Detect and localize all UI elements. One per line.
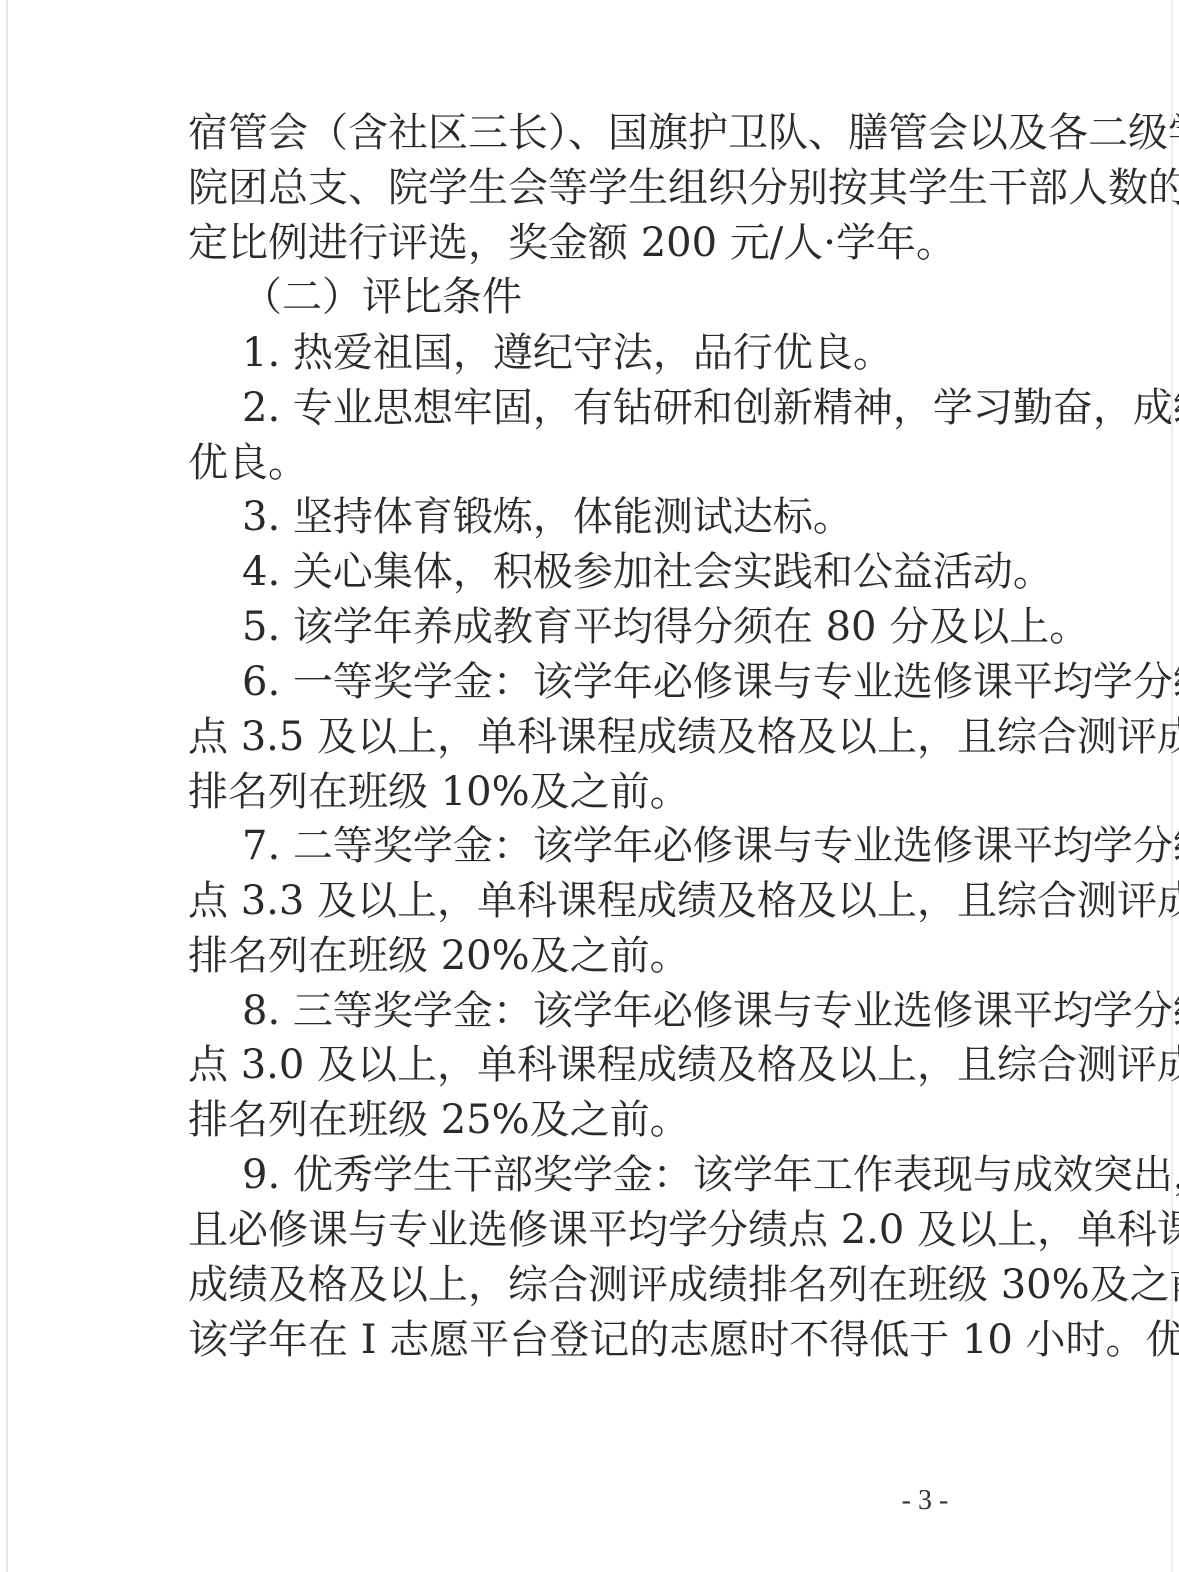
criterion-9-line-2: 且必修课与专业选修课平均学分绩点 2.0 及以上，单科课程	[188, 1207, 1000, 1253]
criterion-9-line-3: 成绩及格及以上，综合测评成绩排名列在班级 30%及之前，	[188, 1262, 1000, 1308]
page-number: - 3 -	[900, 1484, 950, 1518]
criterion-3: 3. 坚持体育锻炼，体能测试达标。	[242, 494, 1000, 540]
text-line-3: 定比例进行评选，奖金额 200 元/人·学年。	[188, 220, 1000, 266]
criterion-8-line-2: 点 3.0 及以上，单科课程成绩及格及以上，且综合测评成绩	[188, 1042, 1000, 1088]
document-page: 宿管会（含社区三长）、国旗护卫队、膳管会以及各二级学 院团总支、院学生会等学生组…	[0, 0, 1179, 1572]
criterion-6-line-3: 排名列在班级 10%及之前。	[188, 769, 1000, 815]
criterion-7-line-3: 排名列在班级 20%及之前。	[188, 933, 1000, 979]
criterion-6-line-2: 点 3.5 及以上，单科课程成绩及格及以上，且综合测评成绩	[188, 714, 1000, 760]
criterion-4: 4. 关心集体，积极参加社会实践和公益活动。	[242, 549, 1000, 595]
criterion-9-line-1: 9. 优秀学生干部奖学金：该学年工作表现与成效突出，	[242, 1152, 1000, 1198]
section-heading-criteria: （二）评比条件	[242, 274, 1000, 320]
text-line-1: 宿管会（含社区三长）、国旗护卫队、膳管会以及各二级学	[188, 110, 1000, 156]
text-line-2: 院团总支、院学生会等学生组织分别按其学生干部人数的一	[188, 165, 1000, 211]
criterion-2-line-1: 2. 专业思想牢固，有钻研和创新精神，学习勤奋，成绩	[242, 385, 1000, 431]
criterion-6-line-1: 6. 一等奖学金：该学年必修课与专业选修课平均学分绩	[242, 659, 1000, 705]
criterion-7-line-2: 点 3.3 及以上，单科课程成绩及格及以上，且综合测评成绩	[188, 878, 1000, 924]
criterion-8-line-3: 排名列在班级 25%及之前。	[188, 1097, 1000, 1143]
criterion-5: 5. 该学年养成教育平均得分须在 80 分及以上。	[242, 604, 1000, 650]
criterion-1: 1. 热爱祖国，遵纪守法，品行优良。	[242, 330, 1000, 376]
criterion-2-line-2: 优良。	[188, 440, 1000, 486]
criterion-7-line-1: 7. 二等奖学金：该学年必修课与专业选修课平均学分绩	[242, 823, 1000, 869]
criterion-9-line-4: 该学年在 I 志愿平台登记的志愿时不得低于 10 小时。优良	[188, 1317, 1000, 1363]
criterion-8-line-1: 8. 三等奖学金：该学年必修课与专业选修课平均学分绩	[242, 988, 1000, 1034]
